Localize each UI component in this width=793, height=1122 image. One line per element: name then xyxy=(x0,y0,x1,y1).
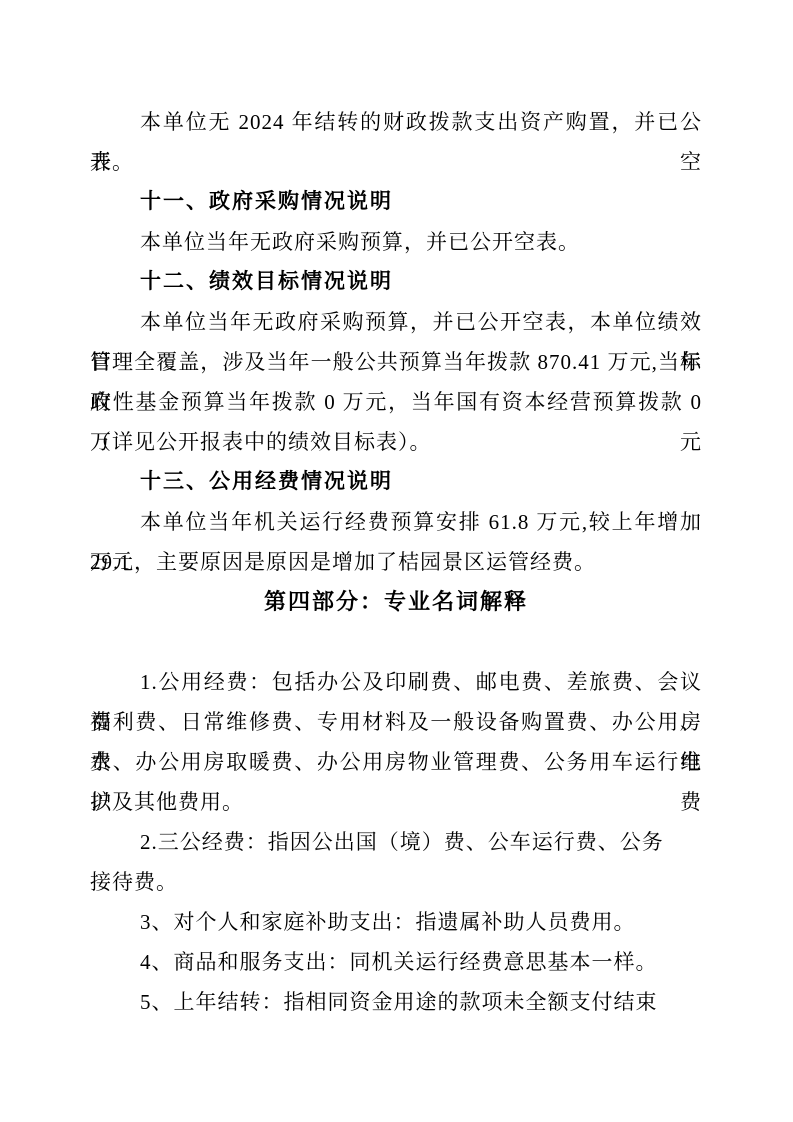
paragraph-line: 4、商品和服务支出：同机关运行经费意思基本一样。 xyxy=(90,942,702,982)
paragraph-line: 本单位当年机关运行经费预算安排 61.8 万元,较上年增加 29.1 xyxy=(90,502,702,542)
section-heading-11: 十一、政府采购情况说明 xyxy=(90,182,702,222)
section-heading-13: 十三、公用经费情况说明 xyxy=(90,462,702,502)
paragraph-line: 本单位当年无政府采购预算，并已公开空表。 xyxy=(90,222,702,262)
paragraph-line: 福利费、日常维修费、专用材料及一般设备购置费、办公用房水电 xyxy=(90,702,702,742)
paragraph-line: 本单位无 2024 年结转的财政拨款支出资产购置，并已公开空 xyxy=(90,102,702,142)
paragraph-line: 2.三公经费：指因公出国（境）费、公车运行费、公务 xyxy=(90,822,702,862)
paragraph-line: 1.公用经费：包括办公及印刷费、邮电费、差旅费、会议费、 xyxy=(90,662,702,702)
paragraph-line: 费、办公用房取暖费、办公用房物业管理费、公务用车运行维护费 xyxy=(90,742,702,782)
paragraph-line: 接待费。 xyxy=(90,862,702,902)
paragraph-line: 万元，主要原因是原因是增加了桔园景区运管经费。 xyxy=(90,542,702,582)
section-heading-12: 十二、绩效目标情况说明 xyxy=(90,262,702,302)
paragraph-line: 3、对个人和家庭补助支出：指遗属补助人员费用。 xyxy=(90,902,702,942)
document-page: 本单位无 2024 年结转的财政拨款支出资产购置，并已公开空 表。 十一、政府采… xyxy=(0,0,793,1122)
paragraph-line: 本单位当年无政府采购预算，并已公开空表，本单位绩效目标 xyxy=(90,302,702,342)
part-4-heading: 第四部分：专业名词解释 xyxy=(90,582,702,622)
paragraph-line: 5、上年结转：指相同资金用途的款项未全额支付结束 xyxy=(90,982,702,1022)
paragraph-line: 管理全覆盖，涉及当年一般公共预算当年拨款 870.41 万元,当年政 xyxy=(90,342,702,382)
paragraph-line: 府性基金预算当年拨款 0 万元，当年国有资本经营预算拨款 0 万元 xyxy=(90,382,702,422)
blank-line xyxy=(90,622,702,662)
